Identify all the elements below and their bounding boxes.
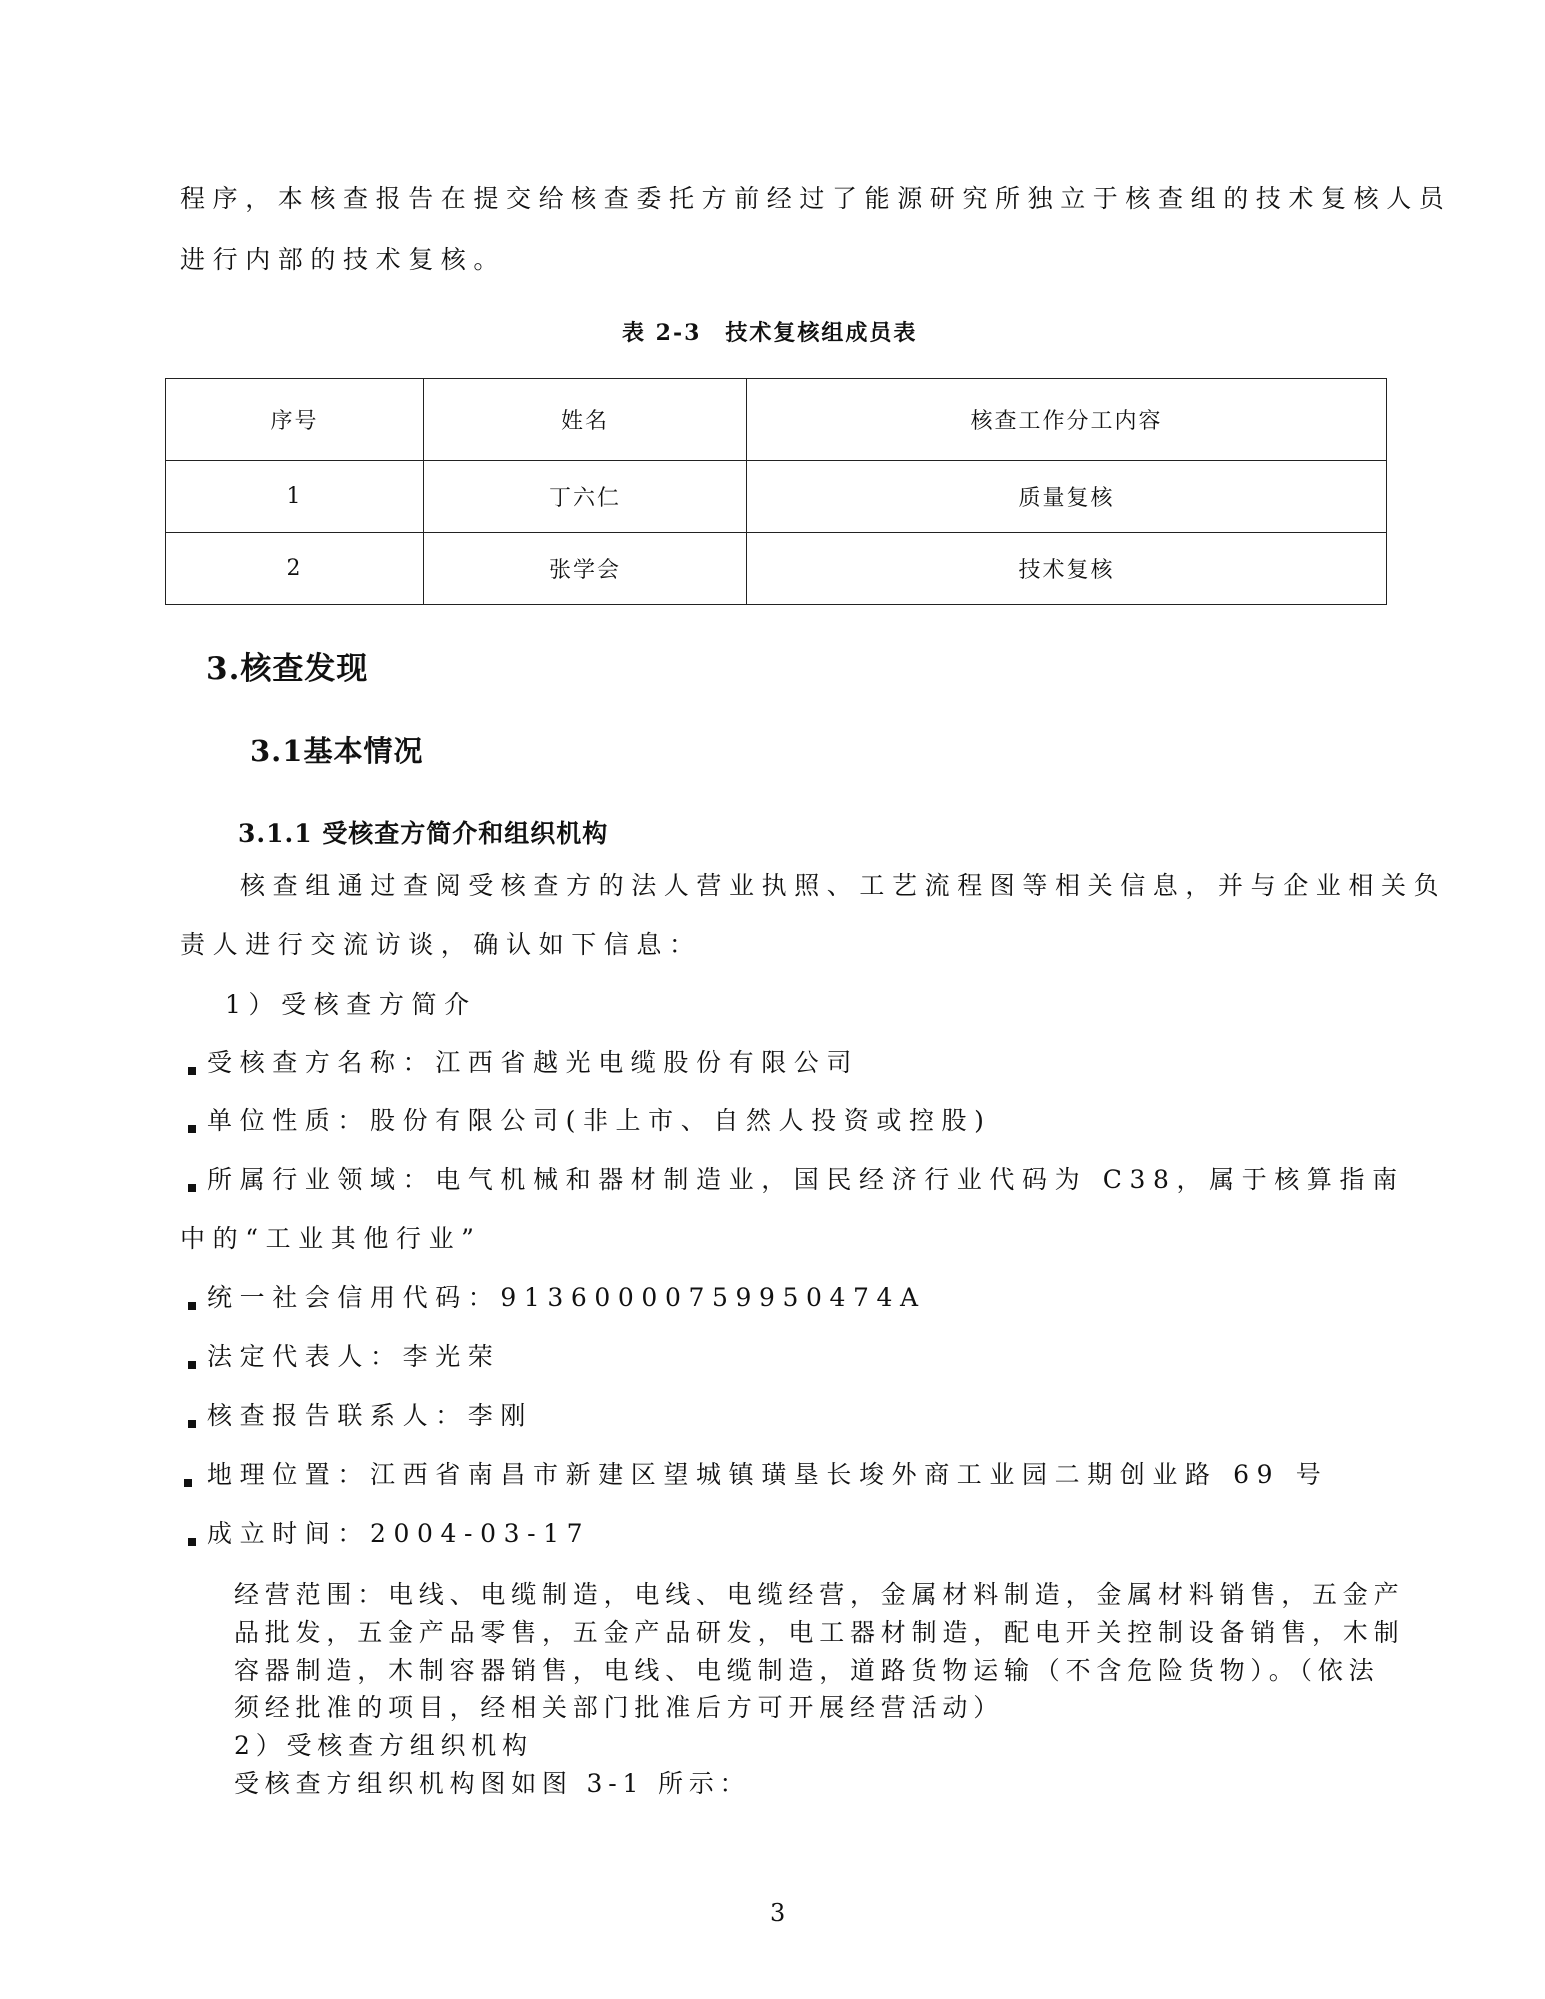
cell-role: 质量复核 [747,461,1387,533]
bullet-contact: 核查报告联系人：李刚 [207,1403,533,1428]
item-2-text: 受核查方组织机构图如图 3-1 所示： [234,1771,750,1796]
table-header-row: 序号 姓名 核查工作分工内容 [166,379,1387,461]
intro-line-1: 程序，本核查报告在提交给核查委托方前经过了能源研究所独立于核查组的技术复核人员 [180,186,1451,211]
bullet-icon [188,1067,196,1075]
bullet-icon [188,1420,196,1428]
scope-line-4: 须经批准的项目，经相关部门批准后方可开展经营活动） [234,1695,1004,1720]
cell-role: 技术复核 [747,533,1387,605]
table-caption: 表 2-3 技术复核组成员表 [622,316,917,347]
para-line-2: 责人进行交流访谈，确认如下信息： [180,932,702,957]
scope-line-3: 容器制造，木制容器销售，电线、电缆制造，道路货物运输（不含危险货物）。（依法 [234,1658,1379,1683]
header-name: 姓名 [424,379,747,461]
bullet-founded: 成立时间：2004-03-17 [207,1521,590,1546]
bullet-icon [188,1361,196,1369]
section-heading-3: 3.核查发现 [206,643,368,688]
item-2-title: 2）受核查方组织机构 [234,1733,533,1758]
bullet-industry: 所属行业领域：电气机械和器材制造业，国民经济行业代码为 C38，属于核算指南 [207,1167,1405,1192]
table-row: 1 丁六仁 质量复核 [166,461,1387,533]
item-1-title: 1）受核查方简介 [225,992,477,1017]
bullet-legal-rep: 法定代表人：李光荣 [207,1344,500,1369]
table-row: 2 张学会 技术复核 [166,533,1387,605]
bullet-company-name: 受核查方名称：江西省越光电缆股份有限公司 [207,1050,859,1075]
intro-line-2: 进行内部的技术复核。 [180,247,506,272]
cell-no: 2 [166,533,424,605]
scope-line-2: 品批发，五金产品零售，五金产品研发，电工器材制造，配电开关控制设备销售，木制 [234,1620,1404,1645]
para-line-1: 核查组通过查阅受核查方的法人营业执照、工艺流程图等相关信息，并与企业相关负 [240,873,1446,898]
header-no: 序号 [166,379,424,461]
bullet-location: 地理位置：江西省南昌市新建区望城镇璜垦长埈外商工业园二期创业路 69 号 [207,1462,1328,1487]
bullet-icon [188,1125,196,1133]
review-team-table: 序号 姓名 核查工作分工内容 1 丁六仁 质量复核 2 张学会 技术复核 [165,378,1387,605]
bullet-icon [188,1302,196,1310]
bullet-entity-type: 单位性质：股份有限公司(非上市、自然人投资或控股) [207,1108,992,1133]
scope-line-1: 经营范围：电线、电缆制造，电线、电缆经营，金属材料制造，金属材料销售，五金产 [234,1582,1404,1607]
bullet-industry-cont: 中的“工业其他行业” [180,1226,482,1251]
bullet-credit-code: 统一社会信用代码：91360000759950474A [207,1285,926,1310]
section-heading-3-1-1: 3.1.1 受核查方简介和组织机构 [238,814,608,850]
bullet-icon [188,1184,196,1192]
cell-name: 丁六仁 [424,461,747,533]
section-heading-3-1: 3.1基本情况 [250,729,423,770]
bullet-icon [184,1479,192,1487]
bullet-icon [188,1538,196,1546]
cell-no: 1 [166,461,424,533]
header-role: 核查工作分工内容 [747,379,1387,461]
page-number: 3 [770,1899,785,1927]
cell-name: 张学会 [424,533,747,605]
